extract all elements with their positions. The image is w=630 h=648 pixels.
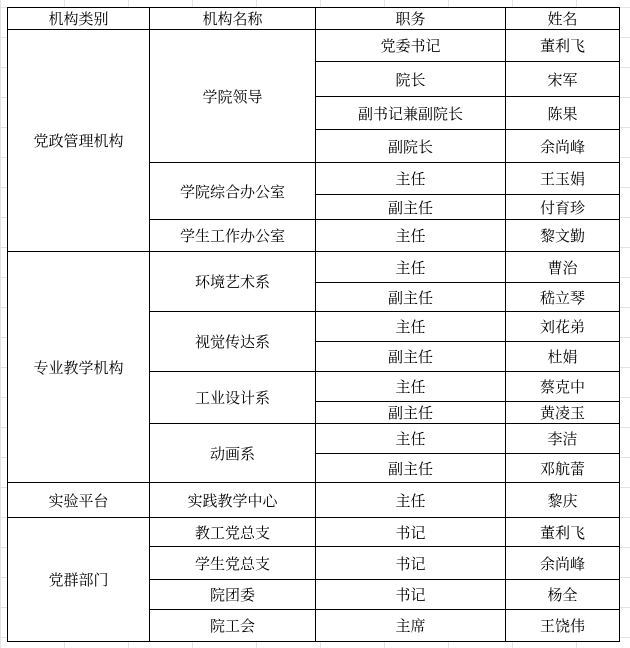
position-cell: 主任 bbox=[316, 372, 506, 402]
header-category: 机构类别 bbox=[8, 8, 150, 30]
unit-cell: 院工会 bbox=[150, 610, 316, 642]
header-unit: 机构名称 bbox=[150, 8, 316, 30]
unit-cell: 学院领导 bbox=[150, 30, 316, 163]
person-cell: 刘花弟 bbox=[506, 312, 620, 342]
person-cell: 曹治 bbox=[506, 252, 620, 283]
person-cell: 陈果 bbox=[506, 97, 620, 130]
position-cell: 主任 bbox=[316, 483, 506, 518]
unit-cell: 学生工作办公室 bbox=[150, 220, 316, 252]
person-cell: 杜娟 bbox=[506, 342, 620, 372]
table-row: 党群部门 教工党总支 书记 董利飞 bbox=[8, 518, 620, 547]
position-cell: 主任 bbox=[316, 252, 506, 283]
position-cell: 书记 bbox=[316, 518, 506, 547]
person-cell: 杨全 bbox=[506, 580, 620, 610]
position-cell: 主席 bbox=[316, 610, 506, 642]
person-cell: 黄凌玉 bbox=[506, 402, 620, 424]
category-cell: 实验平台 bbox=[8, 483, 150, 518]
person-cell: 付育珍 bbox=[506, 195, 620, 220]
unit-cell: 动画系 bbox=[150, 424, 316, 483]
position-cell: 副院长 bbox=[316, 130, 506, 163]
position-cell: 副书记兼副院长 bbox=[316, 97, 506, 130]
unit-cell: 学院综合办公室 bbox=[150, 163, 316, 220]
position-cell: 主任 bbox=[316, 424, 506, 454]
header-row: 机构类别 机构名称 职务 姓名 bbox=[8, 8, 620, 30]
position-cell: 主任 bbox=[316, 163, 506, 195]
unit-cell: 学生党总支 bbox=[150, 547, 316, 580]
position-cell: 副主任 bbox=[316, 402, 506, 424]
unit-cell: 教工党总支 bbox=[150, 518, 316, 547]
person-cell: 董利飞 bbox=[506, 518, 620, 547]
category-cell: 专业教学机构 bbox=[8, 252, 150, 483]
unit-cell: 实践教学中心 bbox=[150, 483, 316, 518]
header-person: 姓名 bbox=[506, 8, 620, 30]
person-cell: 王饶伟 bbox=[506, 610, 620, 642]
position-cell: 副主任 bbox=[316, 454, 506, 483]
person-cell: 余尚峰 bbox=[506, 130, 620, 163]
position-cell: 副主任 bbox=[316, 195, 506, 220]
table-row: 专业教学机构 环境艺术系 主任 曹治 bbox=[8, 252, 620, 283]
person-cell: 嵇立琴 bbox=[506, 283, 620, 312]
person-cell: 余尚峰 bbox=[506, 547, 620, 580]
position-cell: 书记 bbox=[316, 580, 506, 610]
unit-cell: 院团委 bbox=[150, 580, 316, 610]
person-cell: 蔡克中 bbox=[506, 372, 620, 402]
person-cell: 董利飞 bbox=[506, 30, 620, 62]
position-cell: 院长 bbox=[316, 62, 506, 97]
table-row: 党政管理机构 学院领导 党委书记 董利飞 bbox=[8, 30, 620, 62]
header-position: 职务 bbox=[316, 8, 506, 30]
position-cell: 主任 bbox=[316, 220, 506, 252]
organization-table: 机构类别 机构名称 职务 姓名 党政管理机构 学院领导 党委书记 董利飞 院长 … bbox=[7, 7, 620, 642]
category-cell: 党群部门 bbox=[8, 518, 150, 642]
person-cell: 黎庆 bbox=[506, 483, 620, 518]
person-cell: 黎文勤 bbox=[506, 220, 620, 252]
table-row: 实验平台 实践教学中心 主任 黎庆 bbox=[8, 483, 620, 518]
category-cell: 党政管理机构 bbox=[8, 30, 150, 252]
position-cell: 党委书记 bbox=[316, 30, 506, 62]
unit-cell: 环境艺术系 bbox=[150, 252, 316, 312]
unit-cell: 工业设计系 bbox=[150, 372, 316, 424]
person-cell: 宋军 bbox=[506, 62, 620, 97]
position-cell: 主任 bbox=[316, 312, 506, 342]
position-cell: 副主任 bbox=[316, 342, 506, 372]
position-cell: 副主任 bbox=[316, 283, 506, 312]
person-cell: 李洁 bbox=[506, 424, 620, 454]
person-cell: 邓航蕾 bbox=[506, 454, 620, 483]
person-cell: 王玉娟 bbox=[506, 163, 620, 195]
unit-cell: 视觉传达系 bbox=[150, 312, 316, 372]
position-cell: 书记 bbox=[316, 547, 506, 580]
